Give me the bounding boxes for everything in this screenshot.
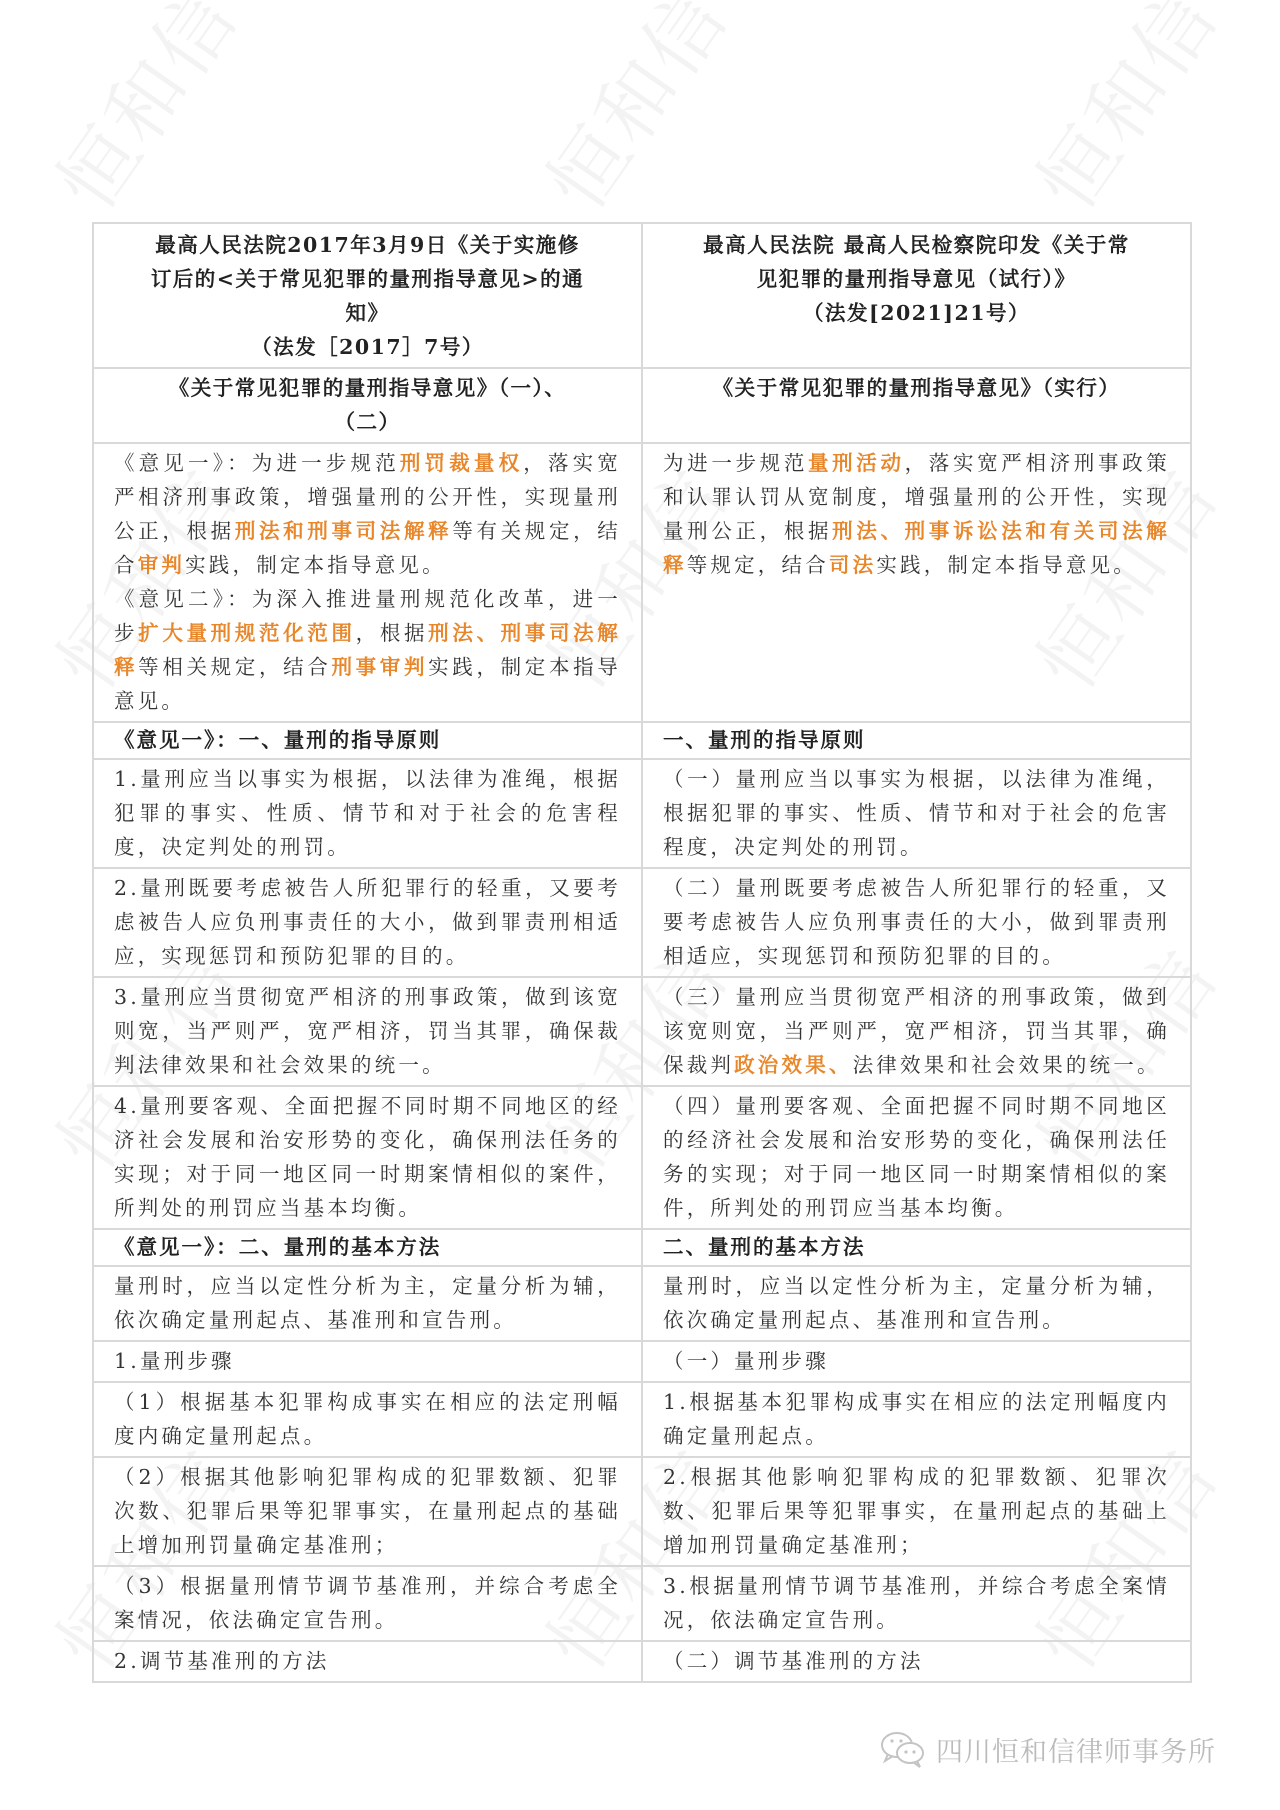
table-cell: （一）量刑步骤 (642, 1341, 1191, 1382)
table-cell: 2.量刑既要考虑被告人所犯罪行的轻重，又要考虑被告人应负刑事责任的大小，做到罪责… (93, 868, 642, 977)
left-header-line: 订后的<关于常见犯罪的量刑指导意见>的通 (114, 262, 621, 296)
highlight-text: 刑事审判 (331, 655, 428, 679)
highlight-text: 司法 (829, 553, 876, 577)
left-subheader-cell: 《关于常见犯罪的量刑指导意见》（一）、 （二） (93, 368, 642, 443)
left-header-doc-number: （法发［2017］7号） (114, 330, 621, 364)
table-cell: （1）根据基本犯罪构成事实在相应的法定刑幅度内确定量刑起点。 (93, 1382, 642, 1457)
text-run: 《意见一》：为进一步规范 (114, 451, 400, 475)
table-cell: 3.量刑应当贯彻宽严相济的刑事政策，做到该宽则宽，当严则严，宽严相济，罚当其罪，… (93, 977, 642, 1086)
highlight-text: 扩大量刑规范化范围 (138, 621, 355, 645)
table-cell: （二）量刑既要考虑被告人所犯罪行的轻重，又要考虑被告人应负刑事责任的大小，做到罪… (642, 868, 1191, 977)
table-cell: （一）量刑应当以事实为根据，以法律为准绳，根据犯罪的事实、性质、情节和对于社会的… (642, 759, 1191, 868)
text-run: 实践，制定本指导意见。 (876, 553, 1137, 577)
table-cell: （2）根据其他影响犯罪构成的犯罪数额、犯罪次数、犯罪后果等犯罪事实，在量刑起点的… (93, 1457, 642, 1566)
preamble-paragraph: 为进一步规范量刑活动，落实宽严相济刑事政策和认罪认罚从宽制度，增强量刑的公开性，… (663, 446, 1170, 582)
left-header-line: 最高人民法院2017年3月9日《关于实施修 (114, 228, 621, 262)
table-row: 2.调节基准刑的方法 （二）调节基准刑的方法 (93, 1641, 1191, 1682)
table-row: 2.量刑既要考虑被告人所犯罪行的轻重，又要考虑被告人应负刑事责任的大小，做到罪责… (93, 868, 1191, 977)
highlight-text: 审判 (138, 553, 185, 577)
table-cell: （三）量刑应当贯彻宽严相济的刑事政策，做到该宽则宽，当严则严，宽严相济，罚当其罪… (642, 977, 1191, 1086)
preamble-paragraph: 《意见二》：为深入推进量刑规范化改革，进一步扩大量刑规范化范围，根据刑法、刑事司… (114, 582, 621, 718)
left-header-cell: 最高人民法院2017年3月9日《关于实施修 订后的<关于常见犯罪的量刑指导意见>… (93, 223, 642, 368)
left-subheader-line: 《关于常见犯罪的量刑指导意见》（一）、 (114, 371, 621, 405)
highlight-text: 刑法和刑事司法解释 (235, 519, 452, 543)
table-cell: 1.量刑步骤 (93, 1341, 642, 1382)
watermark: 恒和信 (517, 0, 750, 229)
section-heading: 一、量刑的指导原则 (642, 722, 1191, 759)
table-row: （2）根据其他影响犯罪构成的犯罪数额、犯罪次数、犯罪后果等犯罪事实，在量刑起点的… (93, 1457, 1191, 1566)
text-run: ，根据 (356, 621, 429, 645)
table-row-section-heading: 《意见一》：一、量刑的指导原则 一、量刑的指导原则 (93, 722, 1191, 759)
section-heading: 《意见一》：一、量刑的指导原则 (93, 722, 642, 759)
table-row: （1）根据基本犯罪构成事实在相应的法定刑幅度内确定量刑起点。 1.根据基本犯罪构… (93, 1382, 1191, 1457)
text-run: 等规定，结合 (687, 553, 829, 577)
table-header-row: 最高人民法院2017年3月9日《关于实施修 订后的<关于常见犯罪的量刑指导意见>… (93, 223, 1191, 368)
comparison-table: 最高人民法院2017年3月9日《关于实施修 订后的<关于常见犯罪的量刑指导意见>… (92, 222, 1192, 1683)
text-run: 实践，制定本指导意见。 (185, 553, 446, 577)
footer-text: 四川恒和信律师事务所 (936, 1730, 1216, 1769)
highlight-text: 量刑活动 (808, 451, 905, 475)
table-cell: （四）量刑要客观、全面把握不同时期不同地区的经济社会发展和治安形势的变化，确保刑… (642, 1086, 1191, 1229)
highlight-text: 刑罚裁量权 (400, 451, 523, 475)
watermark: 恒和信 (1007, 0, 1240, 229)
text-run: 等相关规定，结合 (138, 655, 331, 679)
table-row: 1.量刑步骤 （一）量刑步骤 (93, 1341, 1191, 1382)
table-cell: 量刑时，应当以定性分析为主，定量分析为辅，依次确定量刑起点、基准刑和宣告刑。 (642, 1266, 1191, 1341)
text-run: 法律效果和社会效果的统一。 (853, 1053, 1161, 1077)
table-row: 3.量刑应当贯彻宽严相济的刑事政策，做到该宽则宽，当严则严，宽严相济，罚当其罪，… (93, 977, 1191, 1086)
table-row-section-heading: 《意见一》：二、量刑的基本方法 二、量刑的基本方法 (93, 1229, 1191, 1266)
right-subheader-cell: 《关于常见犯罪的量刑指导意见》（实行） (642, 368, 1191, 443)
right-header-line: 见犯罪的量刑指导意见（试行）》 (663, 262, 1170, 296)
watermark: 恒和信 (27, 0, 260, 229)
right-preamble-cell: 为进一步规范量刑活动，落实宽严相济刑事政策和认罪认罚从宽制度，增强量刑的公开性，… (642, 443, 1191, 722)
right-header-cell: 最高人民法院 最高人民检察院印发《关于常 见犯罪的量刑指导意见（试行）》 （法发… (642, 223, 1191, 368)
highlight-text: 政治效果、 (734, 1053, 853, 1077)
preamble-paragraph: 《意见一》：为进一步规范刑罚裁量权，落实宽严相济刑事政策，增强量刑的公开性，实现… (114, 446, 621, 582)
right-header-line: 最高人民法院 最高人民检察院印发《关于常 (663, 228, 1170, 262)
left-header-line: 知》 (114, 296, 621, 330)
section-heading: 二、量刑的基本方法 (642, 1229, 1191, 1266)
table-cell: 2.调节基准刑的方法 (93, 1641, 642, 1682)
text-run: 为进一步规范 (663, 451, 808, 475)
table-cell: 3.根据量刑情节调节基准刑，并综合考虑全案情况，依法确定宣告刑。 (642, 1566, 1191, 1641)
right-subheader-line: 《关于常见犯罪的量刑指导意见》（实行） (663, 371, 1170, 405)
footer-attribution: 四川恒和信律师事务所 (880, 1730, 1216, 1769)
table-subheader-row: 《关于常见犯罪的量刑指导意见》（一）、 （二） 《关于常见犯罪的量刑指导意见》（… (93, 368, 1191, 443)
left-subheader-line: （二） (114, 405, 621, 439)
table-cell: 4.量刑要客观、全面把握不同时期不同地区的经济社会发展和治安形势的变化，确保刑法… (93, 1086, 642, 1229)
left-preamble-cell: 《意见一》：为进一步规范刑罚裁量权，落实宽严相济刑事政策，增强量刑的公开性，实现… (93, 443, 642, 722)
table-row: 量刑时，应当以定性分析为主，定量分析为辅，依次确定量刑起点、基准刑和宣告刑。 量… (93, 1266, 1191, 1341)
table-row: 4.量刑要客观、全面把握不同时期不同地区的经济社会发展和治安形势的变化，确保刑法… (93, 1086, 1191, 1229)
table-row: （3）根据量刑情节调节基准刑，并综合考虑全案情况，依法确定宣告刑。 3.根据量刑… (93, 1566, 1191, 1641)
section-heading: 《意见一》：二、量刑的基本方法 (93, 1229, 642, 1266)
table-cell: 1.根据基本犯罪构成事实在相应的法定刑幅度内确定量刑起点。 (642, 1382, 1191, 1457)
table-cell: （3）根据量刑情节调节基准刑，并综合考虑全案情况，依法确定宣告刑。 (93, 1566, 642, 1641)
table-row-preamble: 《意见一》：为进一步规范刑罚裁量权，落实宽严相济刑事政策，增强量刑的公开性，实现… (93, 443, 1191, 722)
table-cell: 1.量刑应当以事实为根据，以法律为准绳，根据犯罪的事实、性质、情节和对于社会的危… (93, 759, 642, 868)
table-cell: 量刑时，应当以定性分析为主，定量分析为辅，依次确定量刑起点、基准刑和宣告刑。 (93, 1266, 642, 1341)
right-header-doc-number: （法发[2021]21号） (663, 296, 1170, 330)
table-cell: （二）调节基准刑的方法 (642, 1641, 1191, 1682)
table-row: 1.量刑应当以事实为根据，以法律为准绳，根据犯罪的事实、性质、情节和对于社会的危… (93, 759, 1191, 868)
table-cell: 2.根据其他影响犯罪构成的犯罪数额、犯罪次数、犯罪后果等犯罪事实，在量刑起点的基… (642, 1457, 1191, 1566)
wechat-icon (880, 1731, 926, 1769)
